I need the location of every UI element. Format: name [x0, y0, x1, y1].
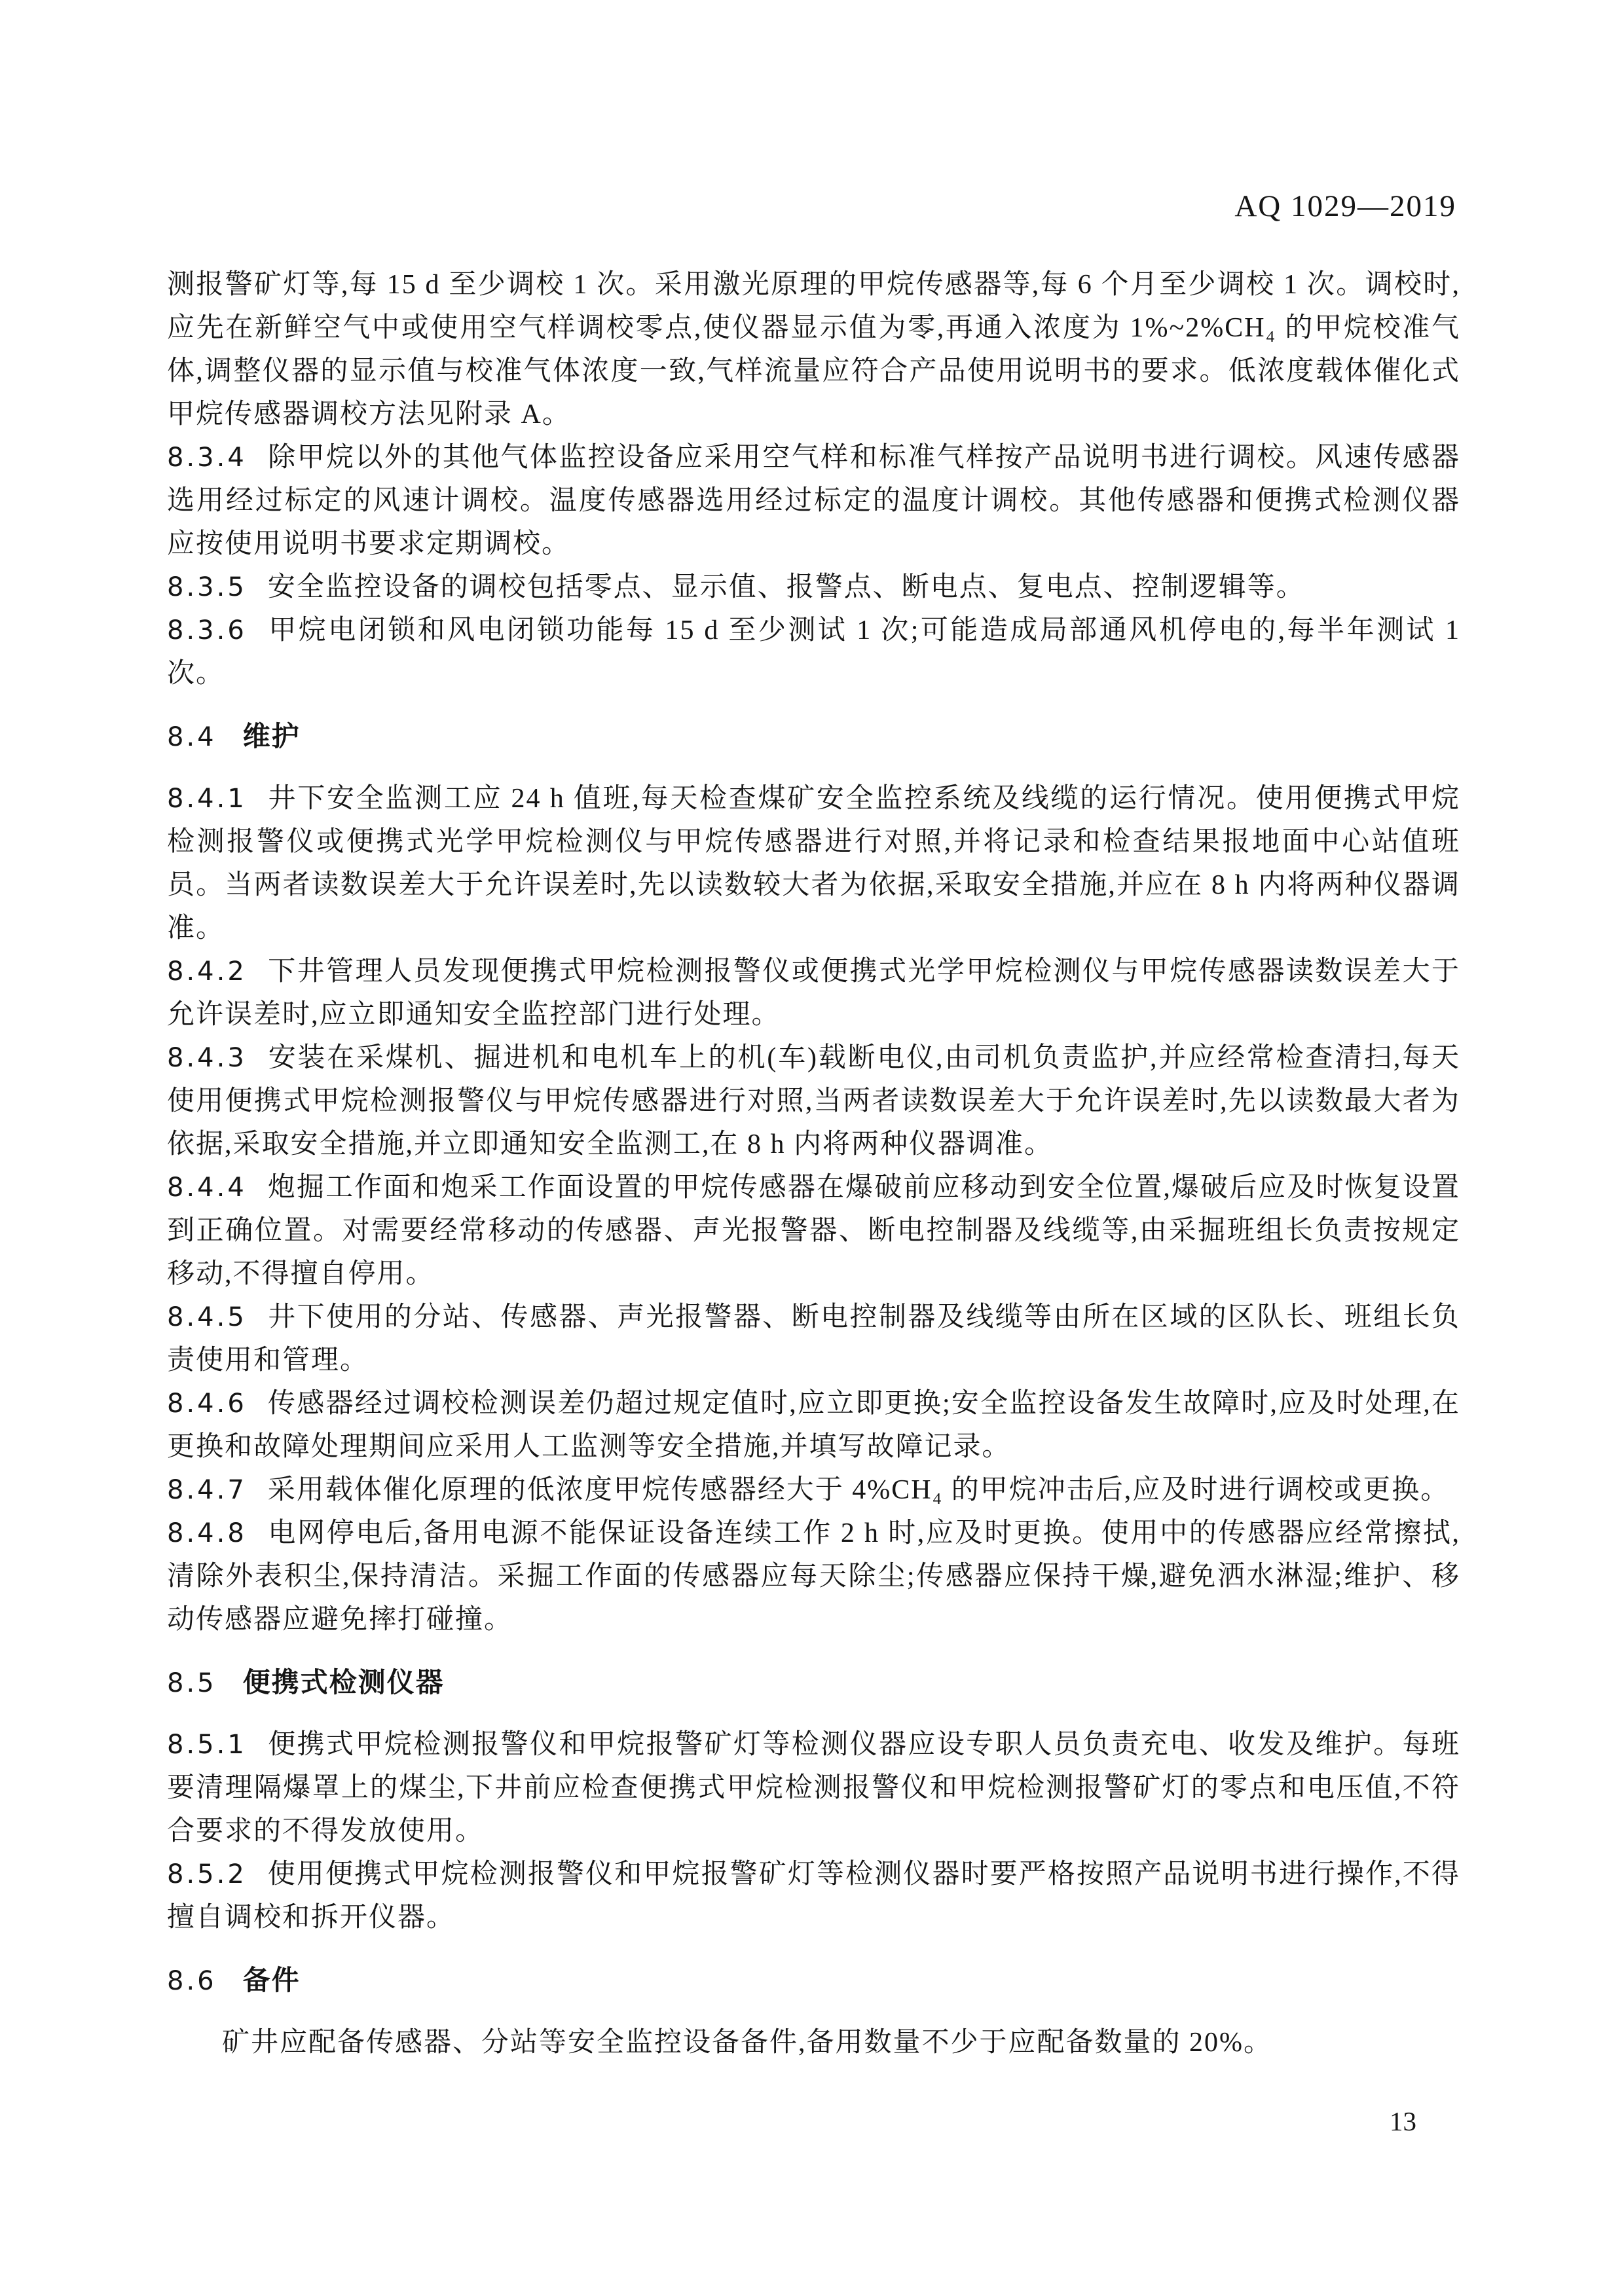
clause-number: 8.3.5	[167, 572, 268, 602]
section-number: 8.4	[167, 722, 243, 752]
clause-number: 8.4.8	[167, 1518, 268, 1548]
clause-number: 8.4.6	[167, 1389, 268, 1419]
clause-number: 8.4.4	[167, 1173, 268, 1203]
section-number: 8.6	[167, 1966, 243, 1996]
clause-number: 8.4.3	[167, 1043, 268, 1073]
clause-number: 8.4.2	[167, 957, 268, 987]
section-heading-8.4: 8.4维护	[167, 715, 1460, 759]
section-heading-8.5: 8.5便携式检测仪器	[167, 1661, 1460, 1705]
clause-number: 8.3.4	[167, 443, 268, 473]
standard-code-header: AQ 1029—2019	[1234, 190, 1456, 223]
clause-paragraph-8.5.2: 8.5.2使用便携式甲烷检测报警仪和甲烷报警矿灯等检测仪器时要严格按照产品说明书…	[167, 1853, 1460, 1939]
body-paragraph: 矿井应配备传感器、分站等安全监控设备备件,备用数量不少于应配备数量的 20%。	[167, 2021, 1460, 2064]
clause-number: 8.5.2	[167, 1859, 268, 1889]
section-title: 备件	[243, 1964, 301, 1996]
clause-paragraph-8.4.8: 8.4.8电网停电后,备用电源不能保证设备连续工作 2 h 时,应及时更换。使用…	[167, 1512, 1460, 1641]
page-number: 13	[1390, 2107, 1416, 2136]
section-title: 维护	[243, 720, 301, 752]
clause-paragraph-8.3.4: 8.3.4除甲烷以外的其他气体监控设备应采用空气样和标准气样按产品说明书进行调校…	[167, 436, 1460, 566]
clause-number: 8.5.1	[167, 1730, 268, 1760]
clause-number: 8.4.7	[167, 1475, 268, 1505]
clause-paragraph-8.4.5: 8.4.5井下使用的分站、传感器、声光报警器、断电控制器及线缆等由所在区域的区队…	[167, 1296, 1460, 1382]
document-page: AQ 1029—2019 测报警矿灯等,每 15 d 至少调校 1 次。采用激光…	[0, 0, 1624, 2296]
clause-paragraph-8.4.3: 8.4.3安装在采煤机、掘进机和电机车上的机(车)载断电仪,由司机负责监护,并应…	[167, 1036, 1460, 1166]
section-heading-8.6: 8.6备件	[167, 1959, 1460, 2003]
clause-paragraph-8.3.5: 8.3.5安全监控设备的调校包括零点、显示值、报警点、断电点、复电点、控制逻辑等…	[167, 566, 1460, 609]
continuation-paragraph: 测报警矿灯等,每 15 d 至少调校 1 次。采用激光原理的甲烷传感器等,每 6…	[167, 263, 1460, 436]
clause-paragraph-8.4.6: 8.4.6传感器经过调校检测误差仍超过规定值时,应立即更换;安全监控设备发生故障…	[167, 1382, 1460, 1468]
document-body: 测报警矿灯等,每 15 d 至少调校 1 次。采用激光原理的甲烷传感器等,每 6…	[167, 263, 1460, 2064]
section-number: 8.5	[167, 1668, 243, 1698]
clause-paragraph-8.4.4: 8.4.4炮掘工作面和炮采工作面设置的甲烷传感器在爆破前应移动到安全位置,爆破后…	[167, 1166, 1460, 1296]
clause-paragraph-8.5.1: 8.5.1便携式甲烷检测报警仪和甲烷报警矿灯等检测仪器应设专职人员负责充电、收发…	[167, 1723, 1460, 1853]
clause-paragraph-8.4.2: 8.4.2下井管理人员发现便携式甲烷检测报警仪或便携式光学甲烷检测仪与甲烷传感器…	[167, 950, 1460, 1036]
clause-number: 8.4.1	[167, 784, 268, 814]
clause-paragraph-8.3.6: 8.3.6甲烷电闭锁和风电闭锁功能每 15 d 至少测试 1 次;可能造成局部通…	[167, 609, 1460, 695]
clause-number: 8.3.6	[167, 615, 268, 646]
section-title: 便携式检测仪器	[243, 1666, 445, 1698]
clause-paragraph-8.4.1: 8.4.1井下安全监测工应 24 h 值班,每天检查煤矿安全监控系统及线缆的运行…	[167, 777, 1460, 950]
clause-paragraph-8.4.7: 8.4.7采用载体催化原理的低浓度甲烷传感器经大于 4%CH₄ 的甲烷冲击后,应…	[167, 1468, 1460, 1512]
clause-number: 8.4.5	[167, 1302, 268, 1332]
